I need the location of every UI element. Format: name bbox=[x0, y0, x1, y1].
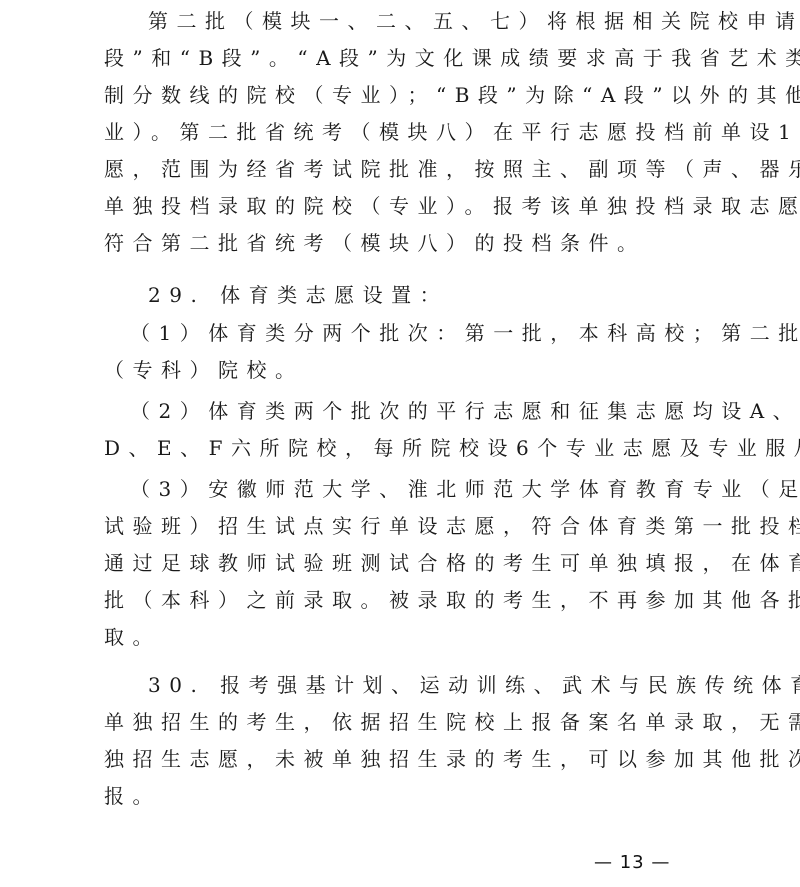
paragraph-line: 愿，范围为经省考试院批准，按照主、副项等（声、器乐成绩） bbox=[104, 151, 800, 188]
list-item-29-3: 通过足球教师试验班测试合格的考生可单独填报，在体育类第一 bbox=[104, 545, 800, 582]
paragraph-line: 第二批（模块一、二、五、七）将根据相关院校申请设置“A bbox=[148, 3, 800, 40]
section-item-30: 单独招生的考生，依据招生院校上报备案名单录取，无需填报单 bbox=[104, 704, 800, 741]
section-item-30: 独招生志愿，未被单独招生录的考生，可以参加其他批次志愿填 bbox=[104, 741, 800, 778]
paragraph-line: 单独投档录取的院校（专业）。报考该单独投档录取志愿的考生须 bbox=[104, 188, 800, 225]
paragraph-line: 段”和“B段”。“A段”为文化课成绩要求高于我省艺术类本科控 bbox=[104, 40, 800, 77]
list-item-29-1: （专科）院校。 bbox=[104, 352, 304, 389]
paragraph-line: 制分数线的院校（专业）；“B段”为除“A段”以外的其他院校（专 bbox=[104, 77, 800, 114]
list-item-29-2: （2）体育类两个批次的平行志愿和征集志愿均设A、B、C、 bbox=[130, 393, 800, 430]
list-item-29-3: 试验班）招生试点实行单设志愿，符合体育类第一批投档条件且 bbox=[104, 508, 800, 545]
section-item-30: 30. 报考强基计划、运动训练、武术与民族传统体育专业等 bbox=[148, 667, 800, 704]
list-item-29-3: （3）安徽师范大学、淮北师范大学体育教育专业（足球教师 bbox=[130, 471, 800, 508]
paragraph-line: 符合第二批省统考（模块八）的投档条件。 bbox=[104, 225, 646, 262]
paragraph-line: 业）。第二批省统考（模块八）在平行志愿投档前单设1个院校志 bbox=[104, 114, 800, 151]
section-item-30: 报。 bbox=[104, 778, 161, 815]
list-item-29-2: D、E、F六所院校，每所院校设6个专业志愿及专业服从志愿。 bbox=[104, 430, 800, 467]
page-number: — 13 — bbox=[594, 852, 670, 873]
list-item-29-3: 批（本科）之前录取。被录取的考生，不再参加其他各批次的录 bbox=[104, 582, 800, 619]
list-item-29-3: 取。 bbox=[104, 619, 161, 656]
section-heading-29: 29. 体育类志愿设置： bbox=[148, 277, 448, 314]
list-item-29-1: （1）体育类分两个批次：第一批，本科高校；第二批，高职 bbox=[130, 315, 800, 352]
